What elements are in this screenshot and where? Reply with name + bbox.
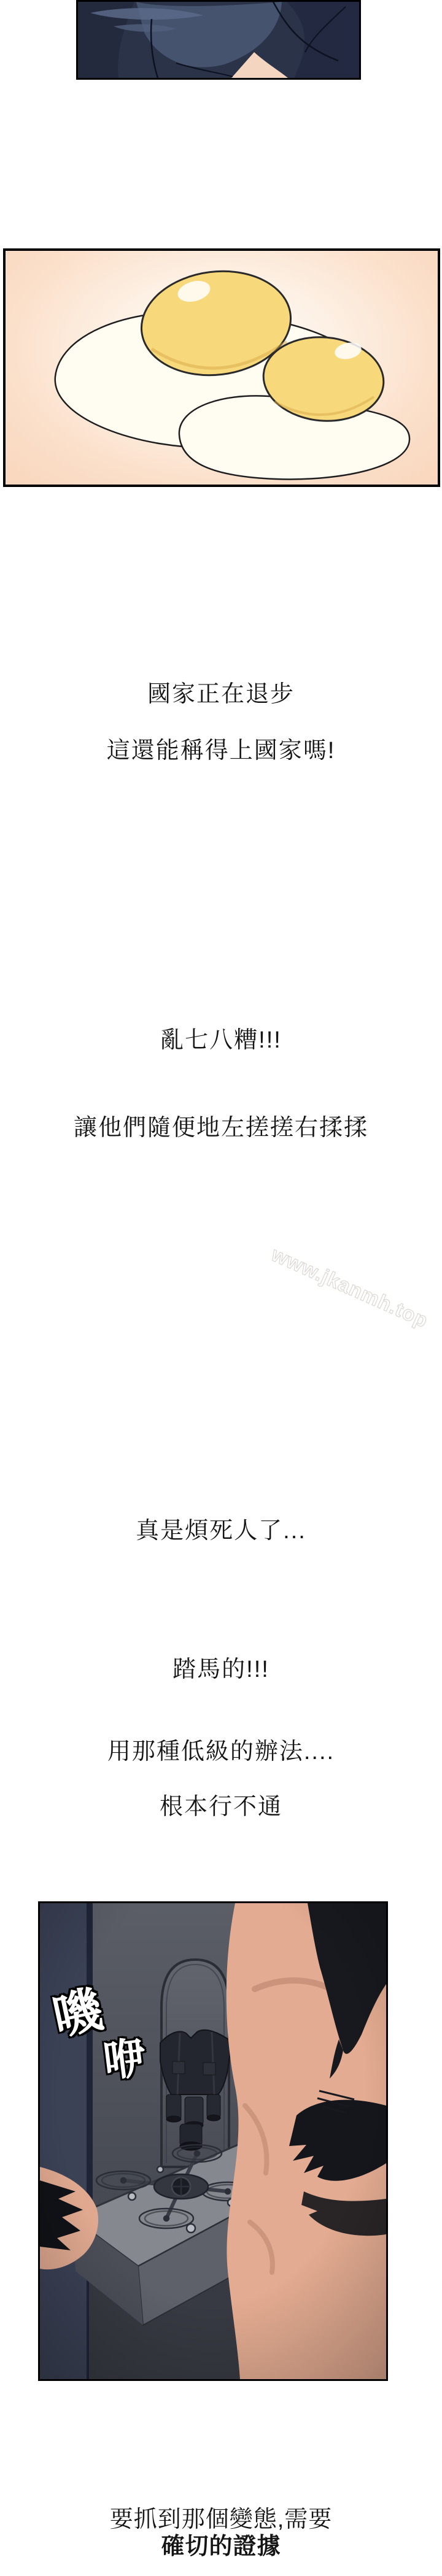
footer-caption-line-2: 確切的證據 [0,2527,442,2561]
narration-text-3: 亂七八糟!!! [0,1021,442,1054]
webtoon-page: 捏捏 國家正在退步 這還能稱得上國家嗎! 亂七八糟!!! 讓他們隨便地左搓搓右揉… [0,0,442,2576]
narration-text-6: 踏馬的!!! [0,1650,442,1684]
narration-text-2: 這還能稱得上國家嗎! [0,731,442,765]
comic-panel-eggs [3,248,440,487]
sfx-pinch-text: 捏捏 [382,1,442,47]
site-watermark: www.jkanmh.top [268,1243,432,1333]
narration-text-4: 讓他們隨便地左搓搓右揉揉 [0,1108,442,1142]
narration-text-5: 真是煩死人了... [0,1511,442,1545]
fabric-illustration [78,2,359,78]
narration-text-7: 用那種低級的辦法.... [0,1732,442,1766]
narration-text-1: 國家正在退步 [0,675,442,708]
comic-panel-fabric: 捏捏 [76,0,361,80]
fried-eggs-illustration [6,251,438,485]
narration-text-8: 根本行不通 [0,1787,442,1821]
sfx-squeak-char-2: 咿 [99,2023,149,2090]
